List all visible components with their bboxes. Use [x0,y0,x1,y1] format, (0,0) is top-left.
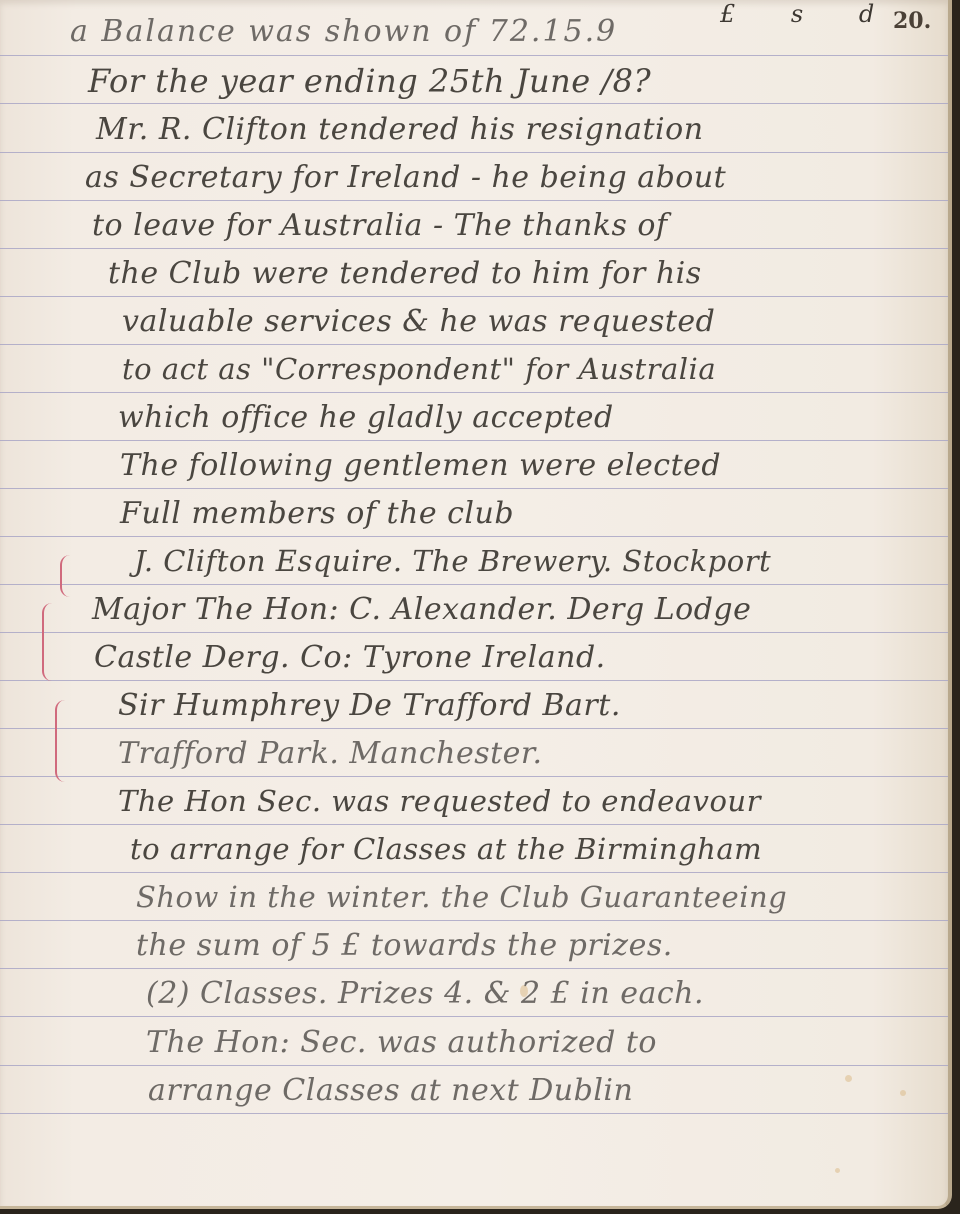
ruled-line [0,488,948,489]
ruled-line [0,392,948,393]
ruled-line [0,536,948,537]
ruled-line [0,680,948,681]
ruled-line [0,872,948,873]
foxing-spot [900,1090,906,1096]
ruled-line [0,1113,948,1114]
ruled-line [0,344,948,345]
ruled-line [0,200,948,201]
ruled-line [0,440,948,441]
text-line: Major The Hon: C. Alexander. Derg Lodge [92,592,751,627]
text-line: (2) Classes. Prizes 4. & 2 £ in each. [146,976,704,1011]
page-number: 20. [893,8,931,34]
ruled-line [0,728,948,729]
text-line: Sir Humphrey De Trafford Bart. [118,688,621,723]
ruled-line [0,584,948,585]
text-line: Full members of the club [120,496,514,531]
ruled-line [0,296,948,297]
text-line: valuable services & he was requested [122,304,715,339]
ruled-line [0,632,948,633]
text-line: Castle Derg. Co: Tyrone Ireland. [94,640,606,675]
ruled-line [0,824,948,825]
ruled-line [0,248,948,249]
red-brace [55,700,67,782]
text-line: Mr. R. Clifton tendered his resignation [96,112,704,147]
text-line: The Hon Sec. was requested to endeavour [118,784,761,818]
text-line: to leave for Australia - The thanks of [92,208,668,243]
text-line: Show in the winter. the Club Guaranteein… [136,880,787,914]
red-brace [60,555,72,597]
text-line: to act as "Correspondent" for Australia [122,352,716,386]
ruled-line [0,103,948,104]
ruled-line [0,968,948,969]
text-line: For the year ending 25th June /8? [88,62,651,100]
text-line: as Secretary for Ireland - he being abou… [85,160,726,195]
text-line: Trafford Park. Manchester. [118,736,543,771]
notebook-page: £ s d 20. a Balance was shown of 72.15.9… [0,0,952,1209]
text-line: a Balance was shown of 72.15.9 [70,14,617,49]
text-line: the sum of 5 £ towards the prizes. [136,928,673,963]
text-line: arrange Classes at next Dublin [148,1073,633,1108]
ruled-line [0,776,948,777]
text-line: J. Clifton Esquire. The Brewery. Stockpo… [134,544,771,578]
text-line: the Club were tendered to him for his [108,256,702,291]
ruled-line [0,1065,948,1066]
red-brace [42,603,54,681]
ruled-line [0,1016,948,1017]
ruled-line [0,55,948,56]
foxing-spot [835,1168,840,1173]
ruled-line [0,920,948,921]
text-line: The following gentlemen were elected [120,448,721,483]
ruled-line [0,152,948,153]
foxing-spot [845,1075,852,1082]
text-line: to arrange for Classes at the Birmingham [130,832,762,866]
text-line: which office he gladly accepted [118,400,614,435]
text-line: The Hon: Sec. was authorized to [146,1025,657,1060]
currency-header: £ s d [720,0,898,28]
